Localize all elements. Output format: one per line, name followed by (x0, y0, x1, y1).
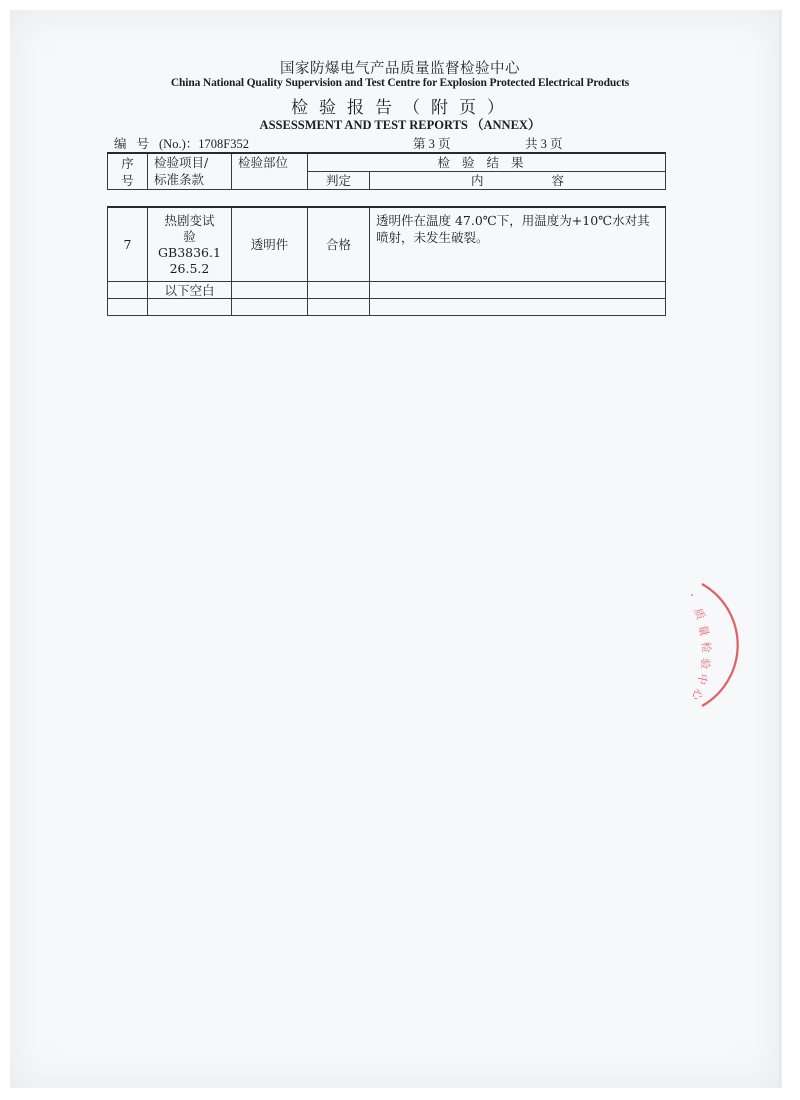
cell-part (232, 299, 308, 316)
official-seal-stamp-icon: 质 量 检 验 中 心 (690, 570, 800, 710)
seq-line-2: 号 (108, 172, 147, 189)
report-number-label: 编号 (114, 137, 159, 151)
item-line-1: 检验项目/ (154, 154, 231, 171)
item-text-line: 26.5.2 (148, 261, 231, 277)
column-header-content: 内容 (370, 172, 666, 190)
organization-name-en: China National Quality Supervision and T… (0, 77, 800, 89)
results-table-header: 序 号 检验项目/ 标准条款 检验部位 检验结果 判定 内容 (107, 152, 666, 190)
cell-part (232, 282, 308, 299)
report-number: 编号(No.)：1708F352 (114, 134, 249, 152)
item-text-line: 热剧变试 (148, 213, 231, 229)
item-line-2: 标准条款 (154, 171, 231, 188)
item-text-line: 验 (148, 229, 231, 245)
cell-item: 以下空白 (148, 282, 232, 299)
column-header-part: 检验部位 (232, 153, 308, 190)
paper-edge (779, 10, 781, 1088)
column-header-item: 检验项目/ 标准条款 (148, 153, 232, 190)
cell-judgement (308, 282, 370, 299)
cell-content (370, 299, 666, 316)
svg-text:中: 中 (695, 672, 711, 686)
table-row: 7 热剧变试 验 GB3836.1 26.5.2 透明件 合格 透明件在温度 4… (108, 207, 666, 282)
cell-judgement: 合格 (308, 207, 370, 282)
report-title-en: ASSESSMENT AND TEST REPORTS （ANNEX） (0, 115, 800, 133)
cell-seq (108, 299, 148, 316)
svg-text:检: 检 (699, 641, 714, 653)
page-current: 第 3 页 (413, 134, 451, 152)
cell-content (370, 282, 666, 299)
svg-text:质: 质 (691, 606, 708, 621)
cell-seq (108, 282, 148, 299)
column-header-content-text: 内容 (403, 173, 632, 188)
column-header-result: 检验结果 (308, 153, 666, 172)
cell-judgement (308, 299, 370, 316)
svg-text:量: 量 (696, 624, 711, 637)
cell-content: 透明件在温度 47.0℃下，用温度为+10℃水对其喷射，未发生破裂。 (370, 207, 666, 282)
svg-text:验: 验 (698, 658, 713, 670)
page-total: 共 3 页 (525, 134, 563, 152)
seq-line-1: 序 (108, 155, 147, 172)
cell-item: 热剧变试 验 GB3836.1 26.5.2 (148, 207, 232, 282)
organization-name-cn: 国家防爆电气产品质量监督检验中心 (0, 57, 800, 78)
item-text-line: GB3836.1 (148, 245, 231, 261)
results-table-body: 7 热剧变试 验 GB3836.1 26.5.2 透明件 合格 透明件在温度 4… (107, 206, 666, 316)
table-row (108, 299, 666, 316)
svg-text:心: 心 (690, 687, 705, 703)
report-number-value: (No.)：1708F352 (159, 137, 249, 151)
cell-item (148, 299, 232, 316)
cell-seq: 7 (108, 207, 148, 282)
table-row: 以下空白 (108, 282, 666, 299)
column-header-judgement: 判定 (308, 172, 370, 190)
column-header-seq: 序 号 (108, 153, 148, 190)
cell-part: 透明件 (232, 207, 308, 282)
